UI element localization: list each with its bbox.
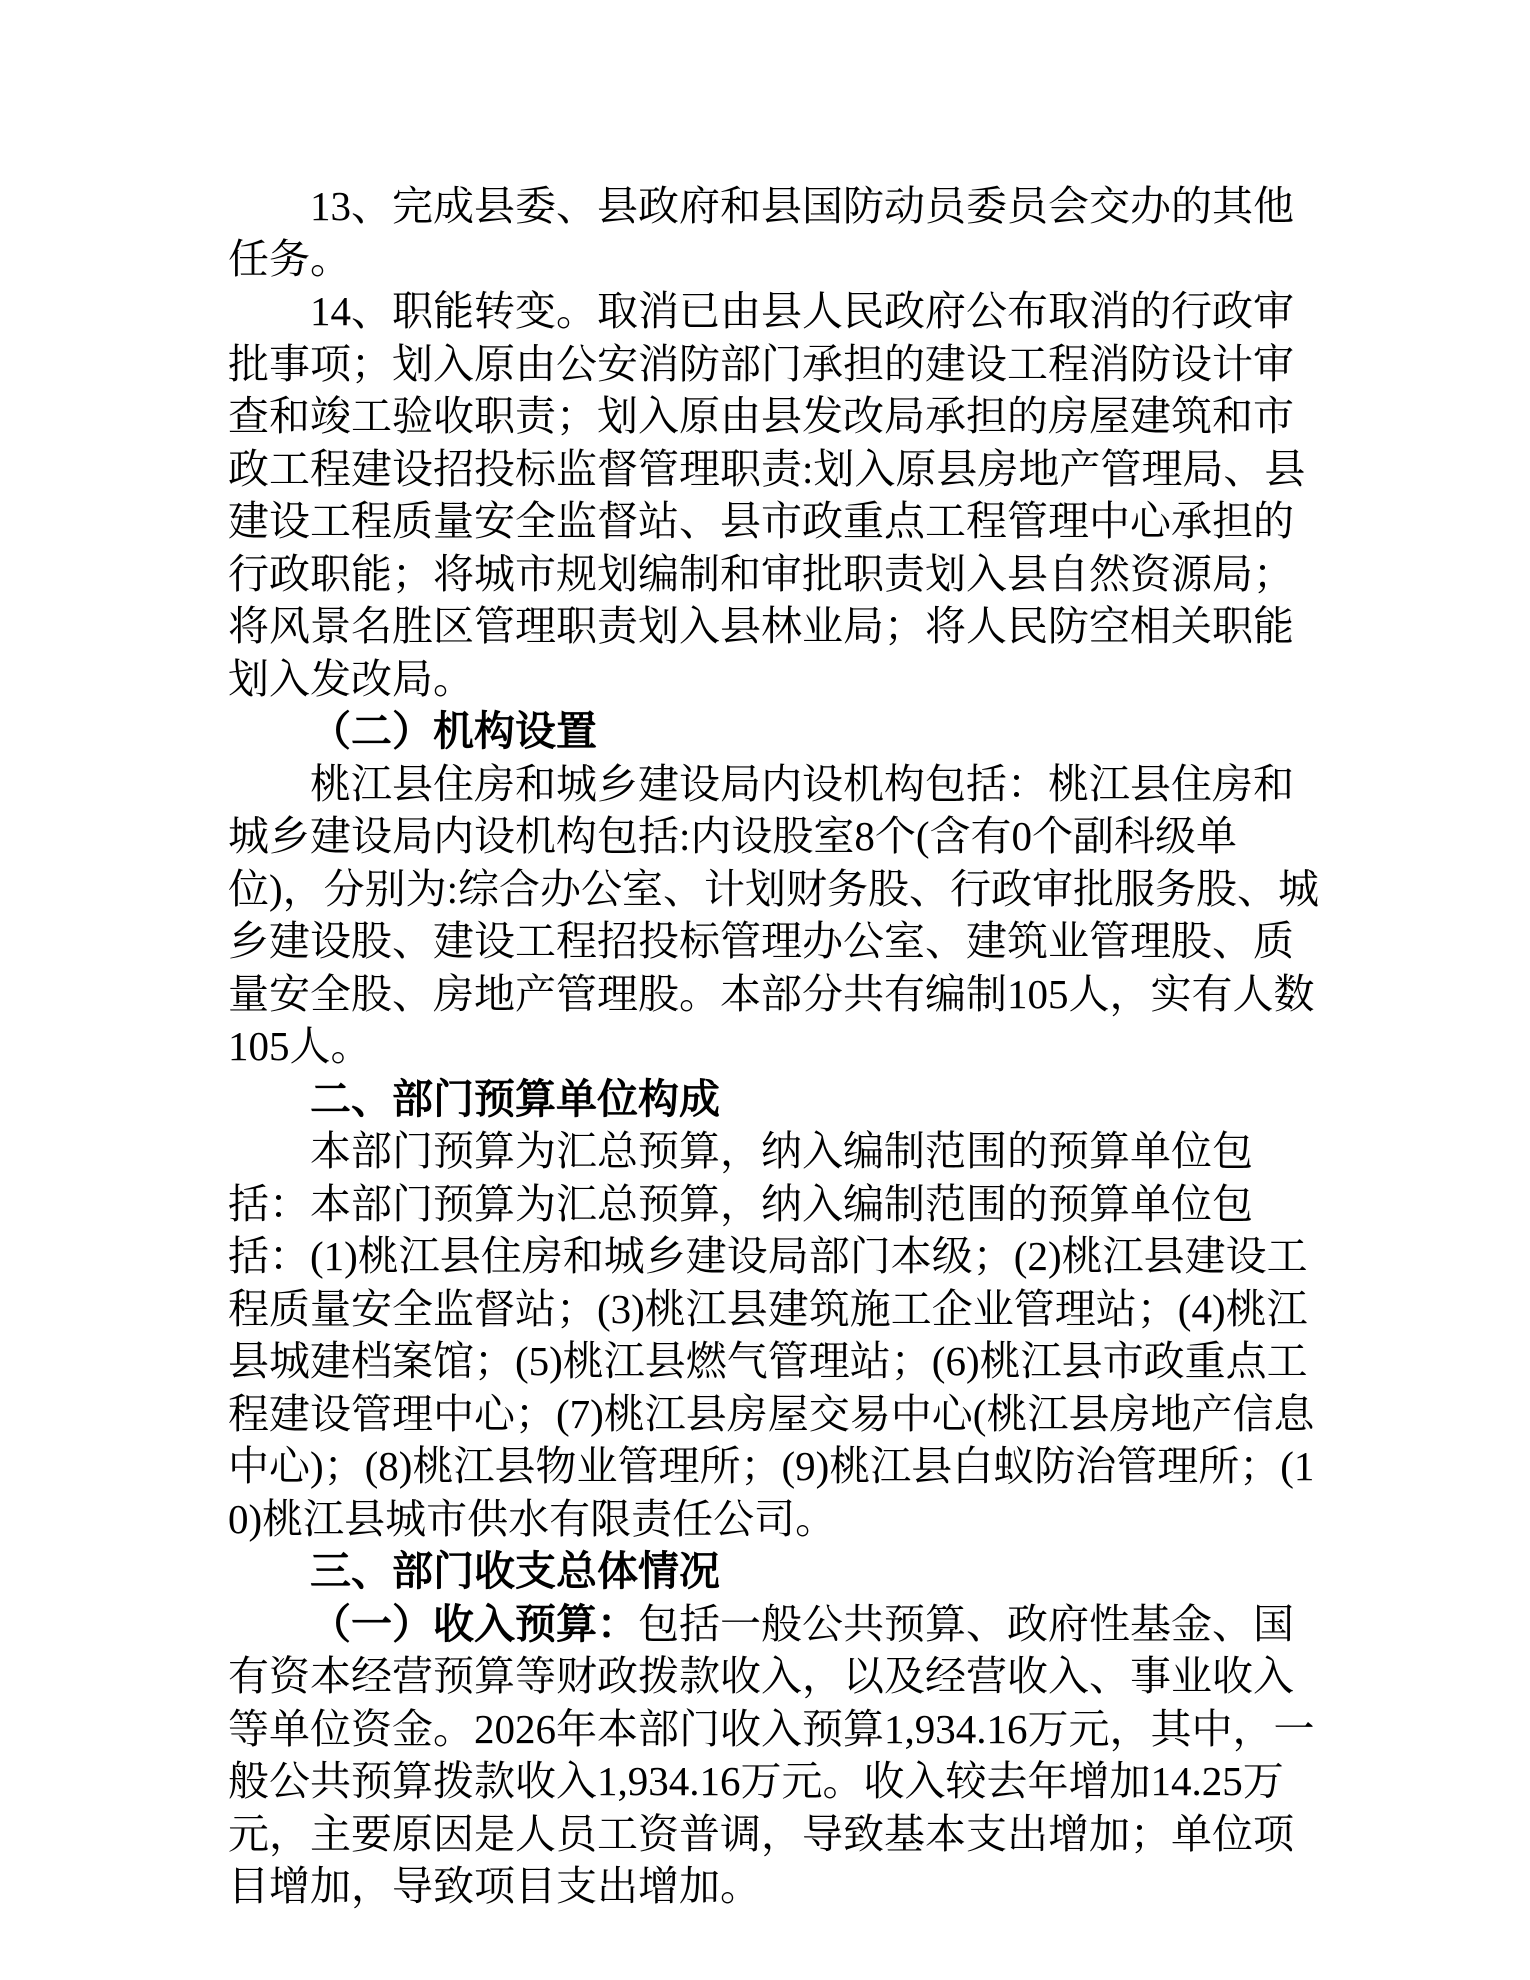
paragraph-duty-13: 13、完成县委、县政府和县国防动员委员会交办的其他任务。 bbox=[228, 180, 1323, 285]
paragraph-budget-unit-list: 本部门预算为汇总预算，纳入编制范围的预算单位包括：本部门预算为汇总预算，纳入编制… bbox=[228, 1125, 1323, 1545]
income-budget-lead-label: （一）收入预算： bbox=[310, 1601, 638, 1647]
paragraph-duty-14-function-transform: 14、职能转变。取消已由县人民政府公布取消的行政审批事项；划入原由公安消防部门承… bbox=[228, 285, 1323, 705]
document-page: 13、完成县委、县政府和县国防动员委员会交办的其他任务。 14、职能转变。取消已… bbox=[0, 0, 1530, 1980]
heading-organization-setup: （二）机构设置 bbox=[228, 705, 1323, 758]
heading-revenue-expenditure-overview: 三、部门收支总体情况 bbox=[228, 1545, 1323, 1598]
paragraph-organization-detail: 桃江县住房和城乡建设局内设机构包括：桃江县住房和城乡建设局内设机构包括:内设股室… bbox=[228, 758, 1323, 1073]
document-content: 13、完成县委、县政府和县国防动员委员会交办的其他任务。 14、职能转变。取消已… bbox=[0, 0, 1530, 1913]
paragraph-income-budget: （一）收入预算：包括一般公共预算、政府性基金、国有资本经营预算等财政拨款收入，以… bbox=[228, 1598, 1323, 1913]
heading-budget-unit-composition: 二、部门预算单位构成 bbox=[228, 1073, 1323, 1126]
